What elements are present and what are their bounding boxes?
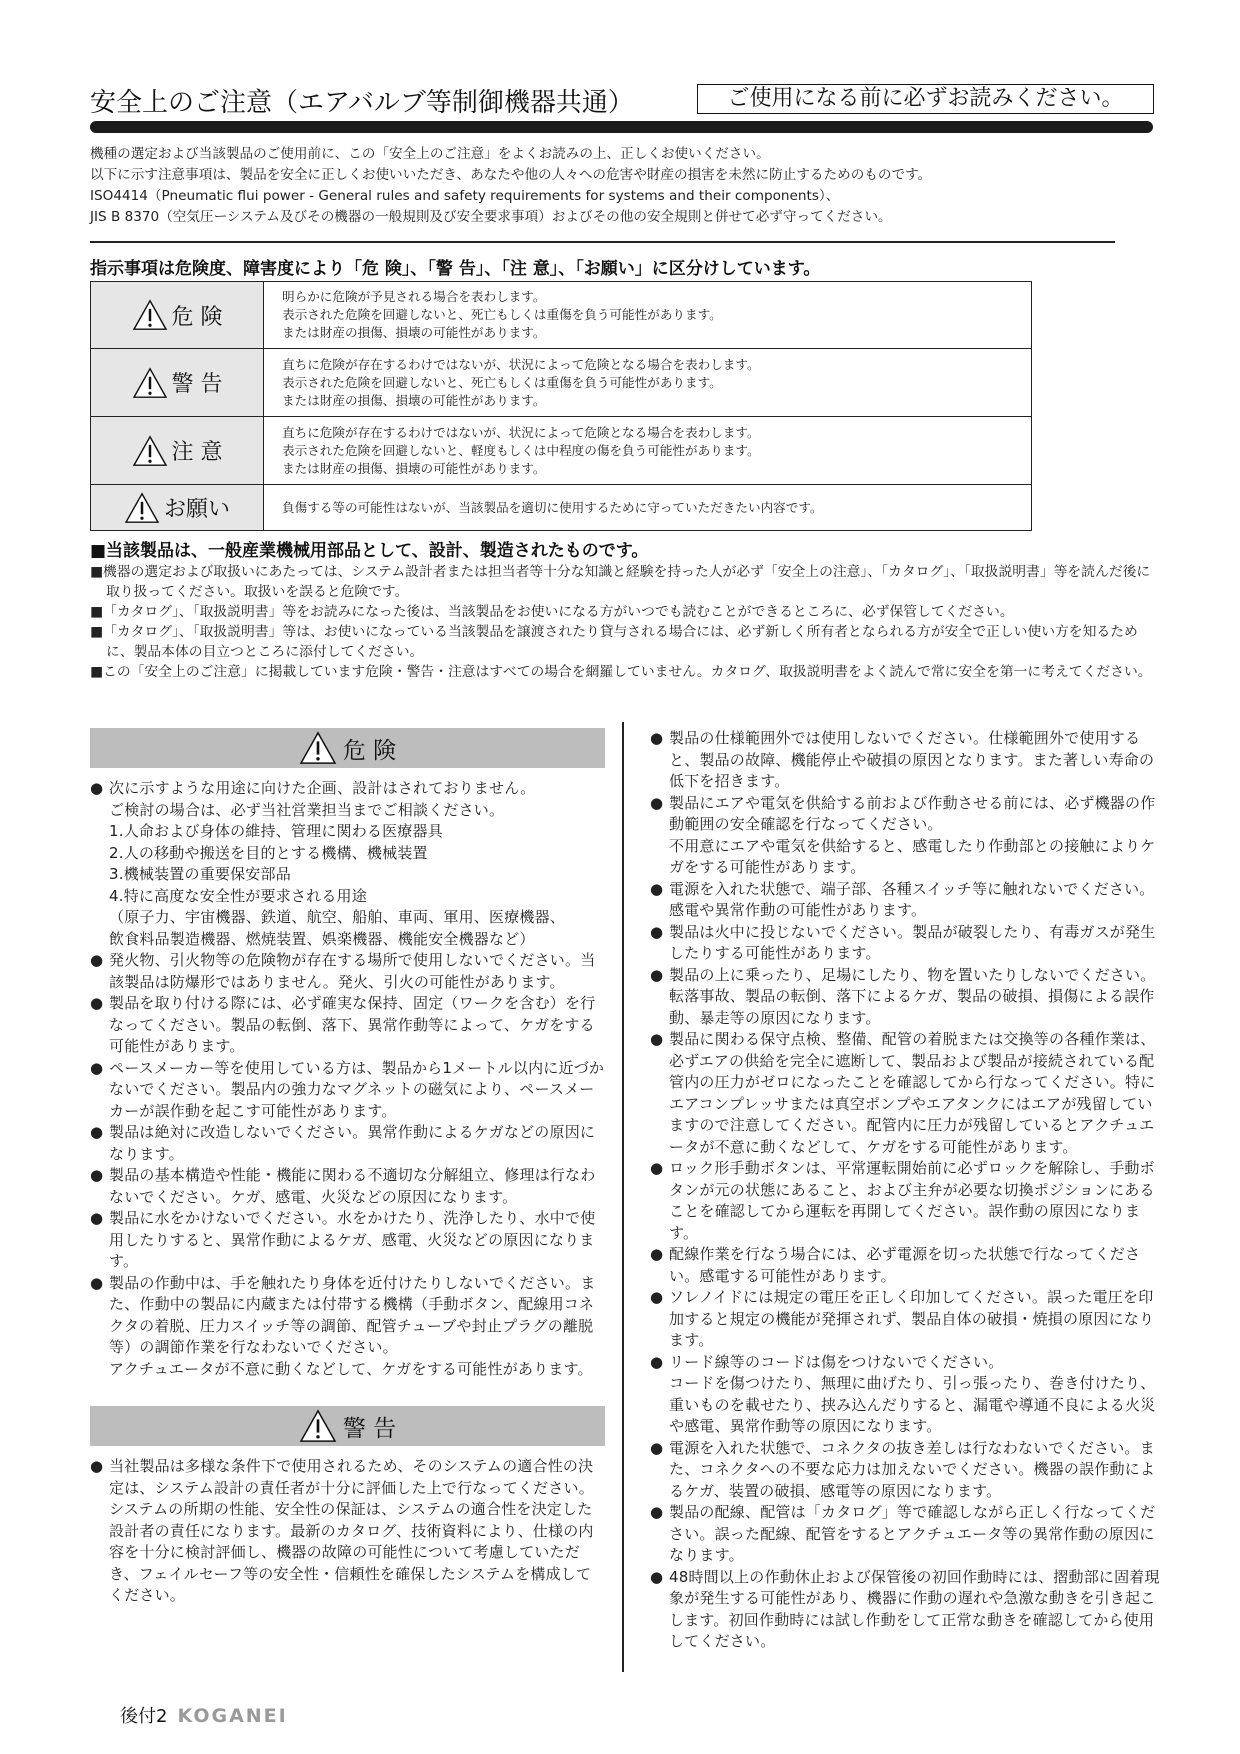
bullet-dot-icon: ● — [90, 993, 109, 1015]
bullet-dot-icon: ● — [650, 1502, 669, 1524]
company-logo: KOGANEI — [177, 1705, 287, 1727]
bullet-item: ●ペースメーカー等を使用している方は、製品から1メートル以内に近づかないでくださ… — [90, 1058, 605, 1123]
bullet-dot-icon: ● — [90, 1456, 109, 1478]
left-column: 危 険 ●次に示すような用途に向けた企画、設計はされておりません。ご検討の場合は… — [90, 728, 605, 1607]
bullet-subtext: システムの所期の性能、安全性の保証は、システムの適合性を決定した設計者の責任にな… — [109, 1499, 605, 1607]
bullet-item: ●電源を入れた状態で、コネクタの抜き差しは行なわないでください。また、コネクタへ… — [650, 1438, 1160, 1503]
bullet-text: 製品にエアや電気を供給する前および作動させる前には、必ず機器の作動範囲の安全確認… — [669, 794, 1155, 834]
bullet-item: ●製品は絶対に改造しないでください。異常作動によるケガなどの原因になります。 — [90, 1122, 605, 1165]
classification-label-text: 注 意 — [172, 435, 223, 466]
bullet-dot-icon: ● — [90, 1208, 109, 1230]
bullet-subtext: 転落事故、製品の転倒、落下によるケガ、製品の破損、損傷による誤作動、暴走等の原因… — [669, 986, 1160, 1029]
bullet-text: 製品の配線、配管は「カタログ」等で確認しながら正しく行なってください。誤った配線… — [669, 1503, 1155, 1564]
right-column: ●製品の仕様範囲外では使用しないでください。仕様範囲外で使用すると、製品の故障、… — [650, 728, 1160, 1653]
bullet-item: ●製品の上に乗ったり、足場にしたり、物を置いたりしないでください。転落事故、製品… — [650, 965, 1160, 1030]
intro-line: 以下に示す注意事項は、製品を安全に正しくお使いいただき、あなたや他の人々への危害… — [90, 165, 931, 186]
description-line: 表示された危険を回避しないと、死亡もしくは重傷を負う可能性があります。 — [282, 374, 1031, 392]
classification-row-warning: 警 告 直ちに危険が存在するわけではないが、状況によって危険となる場合を表わしま… — [91, 349, 1031, 417]
classification-label-text: お願い — [164, 492, 230, 523]
bullet-subtext: 3.機械装置の重要保安部品 — [109, 864, 605, 886]
bullet-text: 48時間以上の作動休止および保管後の初回作動時には、摺動部に固着現象が発生する可… — [669, 1568, 1160, 1651]
classification-label: 警 告 — [91, 349, 264, 416]
page-footer: 後付2 KOGANEI — [120, 1702, 288, 1728]
warning-triangle-icon — [132, 435, 168, 467]
bullet-dot-icon: ● — [650, 922, 669, 944]
bullet-item: ●製品に水をかけないでください。水をかけたり、洗浄したり、水中で使用したりすると… — [90, 1208, 605, 1273]
classification-label: お願い — [91, 485, 264, 530]
description-line: または財産の損傷、損壊の可能性があります。 — [282, 392, 1031, 410]
intro-line: 機種の選定および当該製品のご使用前に、この「安全上のご注意」をよくお読みの上、正… — [90, 144, 931, 165]
bullet-dot-icon: ● — [650, 1567, 669, 1589]
page-number: 後付2 — [120, 1702, 167, 1728]
description-line: 表示された危険を回避しないと、軽度もしくは中程度の傷を負う可能性があります。 — [282, 442, 1031, 460]
bullet-dot-icon: ● — [650, 879, 669, 901]
bullet-text: ペースメーカー等を使用している方は、製品から1メートル以内に近づかないでください… — [109, 1059, 604, 1120]
description-line: 直ちに危険が存在するわけではないが、状況によって危険となる場合を表わします。 — [282, 356, 1031, 374]
bullet-dot-icon: ● — [650, 1244, 669, 1266]
bullet-text: ソレノイドには規定の電圧を正しく印加してください。誤った電圧を印加すると規定の機… — [669, 1288, 1154, 1349]
bullet-item: ●当社製品は多様な条件下で使用されるため、そのシステムの適合性の決定は、システム… — [90, 1456, 605, 1607]
bullet-dot-icon: ● — [650, 793, 669, 815]
bullet-dot-icon: ● — [650, 728, 669, 750]
warning-triangle-icon — [299, 1409, 337, 1443]
warning-triangle-icon — [132, 367, 168, 399]
bullet-dot-icon: ● — [650, 1438, 669, 1460]
bullet-text: 配線作業を行なう場合には、必ず電源を切った状態で行なってください。感電する可能性… — [669, 1245, 1140, 1285]
classification-description: 直ちに危険が存在するわけではないが、状況によって危険となる場合を表わします。 表… — [264, 417, 1031, 484]
bullet-item: ●製品は火中に投じないでください。製品が破裂したり、有毒ガスが発生したりする可能… — [650, 922, 1160, 965]
classification-description: 直ちに危険が存在するわけではないが、状況によって危険となる場合を表わします。 表… — [264, 349, 1031, 416]
warning-bullet-list: ●当社製品は多様な条件下で使用されるため、そのシステムの適合性の決定は、システム… — [90, 1456, 605, 1607]
bullet-text: 発火物、引火物等の危険物が存在する場所で使用しないでください。当該製品は防爆形で… — [109, 951, 595, 991]
danger-section-title: 危 険 — [343, 732, 396, 765]
bullet-item: ●発火物、引火物等の危険物が存在する場所で使用しないでください。当該製品は防爆形… — [90, 950, 605, 993]
bullet-item: ●次に示すような用途に向けた企画、設計はされておりません。ご検討の場合は、必ず当… — [90, 778, 605, 950]
notice-item: ■この「安全上のご注意」に掲載しています危険・警告・注意はすべての場合を網羅して… — [90, 662, 1155, 682]
bullet-subtext: コードを傷つけたり、無理に曲げたり、引っ張ったり、巻き付けたり、重いものを載せた… — [669, 1373, 1160, 1438]
bullet-text: 製品の仕様範囲外では使用しないでください。仕様範囲外で使用すると、製品の故障、機… — [669, 729, 1154, 790]
bullet-item: ●製品を取り付ける際には、必ず確実な保持、固定（ワークを含む）を行なってください… — [90, 993, 605, 1058]
warning-triangle-icon — [132, 299, 168, 331]
classification-row-request: お願い 負傷する等の可能性はないが、当該製品を適切に使用するために守っていただき… — [91, 485, 1031, 530]
bullet-text: 製品を取り付ける際には、必ず確実な保持、固定（ワークを含む）を行なってください。… — [109, 994, 595, 1055]
bullet-subtext: 感電や異常作動の可能性があります。 — [669, 900, 1160, 922]
bullet-text: 当社製品は多様な条件下で使用されるため、そのシステムの適合性の決定は、システム設… — [109, 1457, 594, 1497]
bullet-item: ●製品にエアや電気を供給する前および作動させる前には、必ず機器の作動範囲の安全確… — [650, 793, 1160, 879]
page-title: 安全上のご注意（エアバルブ等制御機器共通） — [90, 82, 634, 119]
intro-line: JIS B 8370（空気圧ーシステム及びその機器の一般規則及び安全要求事項）お… — [90, 207, 931, 228]
bullet-subtext: 4.特に高度な安全性が要求される用途 — [109, 886, 605, 908]
notice-item: ■「カタログ」、「取扱説明書」等をお読みになった後は、当該製品をお使いになる方が… — [90, 602, 1155, 622]
bullet-text: 製品の基本構造や性能・機能に関わる不適切な分解組立、修理は行なわないでください。… — [109, 1166, 595, 1206]
bullet-dot-icon: ● — [650, 1158, 669, 1180]
bullet-text: ロック形手動ボタンは、平常運転開始前に必ずロックを解除し、手動ボタンが元の状態に… — [669, 1159, 1155, 1242]
bullet-text: 次に示すような用途に向けた企画、設計はされておりません。 — [109, 779, 536, 797]
danger-section-header: 危 険 — [90, 728, 605, 768]
bullet-item: ●製品の基本構造や性能・機能に関わる不適切な分解組立、修理は行なわないでください… — [90, 1165, 605, 1208]
general-notice: ■当該製品は、一般産業機械用部品として、設計、製造されたものです。 ■機器の選定… — [90, 540, 1155, 682]
description-line: 直ちに危険が存在するわけではないが、状況によって危険となる場合を表わします。 — [282, 424, 1031, 442]
bullet-item: ●製品に関わる保守点検、整備、配管の着脱または交換等の各種作業は、必ずエアの供給… — [650, 1029, 1160, 1158]
classification-description: 明らかに危険が予見される場合を表わします。 表示された危険を回避しないと、死亡も… — [264, 282, 1031, 348]
classification-table: 危 険 明らかに危険が予見される場合を表わします。 表示された危険を回避しないと… — [90, 281, 1032, 531]
classification-heading: 指示事項は危険度、障害度により「危 険」、「警 告」、「注 意」、「お願い」に区… — [90, 254, 820, 279]
intro-text: 機種の選定および当該製品のご使用前に、この「安全上のご注意」をよくお読みの上、正… — [90, 144, 931, 228]
right-bullet-list: ●製品の仕様範囲外では使用しないでください。仕様範囲外で使用すると、製品の故障、… — [650, 728, 1160, 1653]
bullet-item: ●ソレノイドには規定の電圧を正しく印加してください。誤った電圧を印加すると規定の… — [650, 1287, 1160, 1352]
classification-description: 負傷する等の可能性はないが、当該製品を適切に使用するために守っていただきたい内容… — [264, 485, 1031, 530]
bullet-text: リード線等のコードは傷をつけないでください。 — [669, 1353, 1003, 1371]
bullet-text: 電源を入れた状態で、コネクタの抜き差しは行なわないでください。また、コネクタへの… — [669, 1439, 1155, 1500]
classification-row-caution: 注 意 直ちに危険が存在するわけではないが、状況によって危険となる場合を表わしま… — [91, 417, 1031, 485]
read-before-use-box: ご使用になる前に必ずお読みください。 — [697, 84, 1154, 114]
bullet-dot-icon: ● — [650, 965, 669, 987]
description-line: 表示された危険を回避しないと、死亡もしくは重傷を負う可能性があります。 — [282, 306, 1031, 324]
bullet-dot-icon: ● — [90, 778, 109, 800]
column-divider — [622, 722, 624, 1672]
description-line: 明らかに危険が予見される場合を表わします。 — [282, 288, 1031, 306]
bullet-dot-icon: ● — [90, 1058, 109, 1080]
bullet-item: ●製品の配線、配管は「カタログ」等で確認しながら正しく行なってください。誤った配… — [650, 1502, 1160, 1567]
bullet-dot-icon: ● — [90, 1122, 109, 1144]
bullet-subtext: 不用意にエアや電気を供給すると、感電したり作動部との接触によりケガをする可能性が… — [669, 836, 1160, 879]
classification-label-text: 危 険 — [172, 300, 223, 331]
header-bar — [90, 121, 1153, 133]
bullet-item: ●製品の仕様範囲外では使用しないでください。仕様範囲外で使用すると、製品の故障、… — [650, 728, 1160, 793]
warning-triangle-icon — [299, 731, 337, 765]
notice-item: ■機器の選定および取扱いにあたっては、システム設計者または担当者等十分な知識と経… — [90, 562, 1155, 602]
bullet-text: 電源を入れた状態で、端子部、各種スイッチ等に触れないでください。 — [669, 880, 1155, 898]
danger-bullet-list: ●次に示すような用途に向けた企画、設計はされておりません。ご検討の場合は、必ず当… — [90, 778, 605, 1380]
bullet-item: ●電源を入れた状態で、端子部、各種スイッチ等に触れないでください。感電や異常作動… — [650, 879, 1160, 922]
bullet-text: 製品の上に乗ったり、足場にしたり、物を置いたりしないでください。 — [669, 966, 1155, 984]
notice-item: ■「カタログ」、「取扱説明書」等は、お使いになっている当該製品を譲渡されたり貸与… — [90, 622, 1155, 662]
warning-section-header: 警 告 — [90, 1406, 605, 1446]
bullet-dot-icon: ● — [650, 1287, 669, 1309]
bullet-dot-icon: ● — [650, 1352, 669, 1374]
bullet-subtext: 2.人の移動や搬送を目的とする機構、機械装置 — [109, 843, 605, 865]
bullet-subtext: ご検討の場合は、必ず当社営業担当までご相談ください。 — [109, 800, 605, 822]
intro-line: ISO4414（Pneumatic flui power - General r… — [90, 186, 931, 207]
bullet-text: 製品は火中に投じないでください。製品が破裂したり、有毒ガスが発生したりする可能性… — [669, 923, 1155, 963]
bullet-subtext: アクチュエータが不意に動くなどして、ケガをする可能性があります。 — [109, 1359, 605, 1381]
bullet-text: 製品の作動中は、手を触れたり身体を近付けたりしないでください。また、作動中の製品… — [109, 1274, 595, 1357]
bullet-item: ●リード線等のコードは傷をつけないでください。コードを傷つけたり、無理に曲げたり… — [650, 1352, 1160, 1438]
classification-label-text: 警 告 — [172, 367, 223, 398]
classification-row-danger: 危 険 明らかに危険が予見される場合を表わします。 表示された危険を回避しないと… — [91, 282, 1031, 349]
bullet-subtext: 飲食料品製造機器、燃焼装置、娯楽機器、機能安全機器など） — [109, 929, 605, 951]
description-line: または財産の損傷、損壊の可能性があります。 — [282, 324, 1031, 342]
bullet-dot-icon: ● — [90, 1165, 109, 1187]
bullet-text: 製品は絶対に改造しないでください。異常作動によるケガなどの原因になります。 — [109, 1123, 595, 1163]
bullet-text: 製品に関わる保守点検、整備、配管の着脱または交換等の各種作業は、必ずエアの供給を… — [669, 1030, 1155, 1156]
classification-label: 危 険 — [91, 282, 264, 348]
bullet-subtext: （原子力、宇宙機器、鉄道、航空、船舶、車両、軍用、医療機器、 — [109, 907, 605, 929]
bullet-dot-icon: ● — [90, 950, 109, 972]
bullet-text: 製品に水をかけないでください。水をかけたり、洗浄したり、水中で使用したりすると、… — [109, 1209, 595, 1270]
bullet-subtext: 1.人命および身体の維持、管理に関わる医療器具 — [109, 821, 605, 843]
description-line: または財産の損傷、損壊の可能性があります。 — [282, 460, 1031, 478]
divider-rule — [90, 241, 1115, 243]
bullet-item: ●製品の作動中は、手を触れたり身体を近付けたりしないでください。また、作動中の製… — [90, 1273, 605, 1381]
bullet-dot-icon: ● — [650, 1029, 669, 1051]
description-line: 負傷する等の可能性はないが、当該製品を適切に使用するために守っていただきたい内容… — [282, 499, 1031, 517]
warning-section-title: 警 告 — [343, 1410, 396, 1443]
bullet-dot-icon: ● — [90, 1273, 109, 1295]
warning-triangle-icon — [124, 492, 160, 524]
bullet-item: ●配線作業を行なう場合には、必ず電源を切った状態で行なってください。感電する可能… — [650, 1244, 1160, 1287]
bullet-item: ●48時間以上の作動休止および保管後の初回作動時には、摺動部に固着現象が発生する… — [650, 1567, 1160, 1653]
notice-lead: ■当該製品は、一般産業機械用部品として、設計、製造されたものです。 — [90, 540, 1155, 562]
classification-label: 注 意 — [91, 417, 264, 484]
bullet-item: ●ロック形手動ボタンは、平常運転開始前に必ずロックを解除し、手動ボタンが元の状態… — [650, 1158, 1160, 1244]
